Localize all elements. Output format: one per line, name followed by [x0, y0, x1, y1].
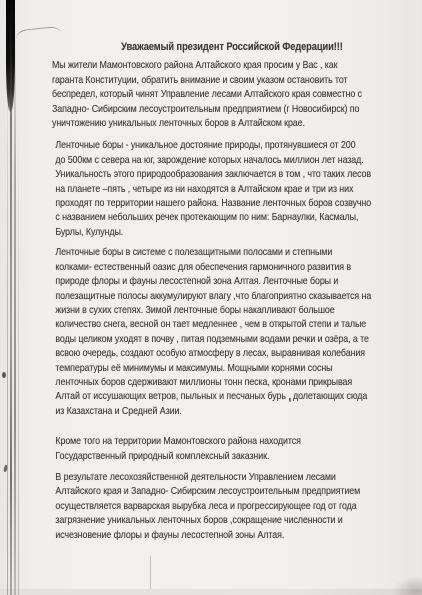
paper-bottom-edge — [0, 589, 422, 595]
scan-streak-icon — [14, 0, 16, 595]
text-line: беспредел, который чинят Управление леса… — [52, 87, 412, 101]
text-line: воды целиком уходят в почву , питая подз… — [55, 332, 412, 346]
text-line: ленточных боров сдерживают миллионы тонн… — [55, 375, 412, 389]
text-line: Ленточные боры - уникальное достояние пр… — [55, 138, 412, 152]
text-line: В результате лесохозяйственной деятельно… — [55, 470, 412, 484]
paragraph: Мы жители Мамонтовского района Алтайског… — [52, 58, 412, 130]
text-line: из Казахстана и Средней Азии. — [55, 404, 412, 418]
text-line: Государственный природный комплексный за… — [55, 449, 412, 463]
text-line: загрязнение уникальных ленточных боров ,… — [55, 513, 412, 527]
text-line: полезащитные полосы аккумулируют влагу ,… — [55, 289, 412, 303]
paragraph: Ленточные боры - уникальное достояние пр… — [52, 138, 412, 239]
text-line: Западно- Сибирским лесоустроительным пре… — [52, 102, 412, 116]
text-line: Ленточные боры в системе с полезащитными… — [55, 245, 412, 259]
text-line: Уникальность этого природообразования за… — [55, 167, 412, 181]
paragraph: Ленточные боры в системе с полезащитными… — [52, 245, 412, 418]
text-line: гаранта Конституции, обратить внимание и… — [52, 73, 412, 87]
scan-streak-icon — [10, 0, 12, 595]
text-line: температуры её минимумы и максимумы. Мощ… — [55, 361, 412, 375]
letter-body: Мы жители Мамонтовского района Алтайског… — [52, 58, 412, 542]
letter-text-column: Уважаемый президент Российской Федерации… — [52, 0, 412, 542]
text-line: природе флоры и фауны лесостепной зона А… — [55, 274, 412, 288]
text-line: всвою очередь, создают особую атмосферу … — [55, 346, 412, 360]
text-line: колками- естественный оазис для обеспече… — [55, 260, 412, 274]
text-line: уничтожению уникальных ленточных боров в… — [52, 116, 412, 130]
text-line: Алтайского края и Западно- Сибирским лес… — [55, 484, 412, 498]
paragraph: В результате лесохозяйственной деятельно… — [52, 470, 412, 542]
paragraph: Кроме того на территории Мамонтовского р… — [52, 434, 412, 463]
text-line: исчезновение флоры и фауны лесостепной з… — [55, 528, 412, 542]
text-line: жизни в сухих степях. Зимой ленточные бо… — [55, 303, 412, 317]
text-line: Мы жители Мамонтовского района Алтайског… — [52, 58, 412, 72]
scan-streak-icon — [7, 0, 8, 595]
text-line: до 500км с севера на юг, зарождение кото… — [55, 153, 412, 167]
letter-title: Уважаемый президент Российской Федерации… — [52, 40, 412, 54]
text-line: Алтай от иссушающих ветров, пыльных и пе… — [55, 389, 412, 403]
text-line: проходят по территории нашего района. На… — [55, 196, 412, 210]
text-line: на планете –пять , четыре из ни находятс… — [55, 182, 412, 196]
text-line: Бурлы, Кулунды. — [55, 225, 412, 239]
scanned-letter-page: Уважаемый президент Российской Федерации… — [0, 0, 422, 595]
smudge-icon — [392, 576, 422, 595]
scan-streak-icon — [18, 0, 19, 595]
text-line: Кроме того на территории Мамонтовского р… — [55, 434, 412, 448]
text-line: количество снега, весной он тает медленн… — [55, 317, 412, 331]
scan-streak-icon — [150, 556, 151, 589]
text-line: осуществляется варварская вырубка леса и… — [55, 499, 412, 513]
ink-speck-icon — [2, 372, 6, 378]
text-line: с названием небольших речек протекающим … — [55, 210, 412, 224]
